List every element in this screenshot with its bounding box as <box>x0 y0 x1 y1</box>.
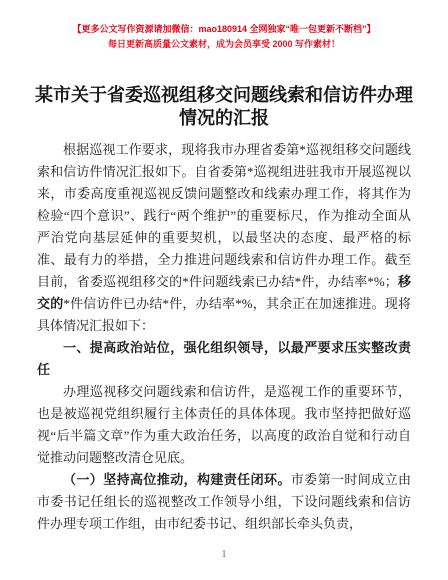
document-page: 【更多公文写作资源请加微信：mao180914 全网独家“唯一包更新不断档”】 … <box>0 0 448 580</box>
section-heading: 一、提高政治站位，强化组织领导，以最严要求压实整改责任 <box>37 337 411 381</box>
header-notice: 【更多公文写作资源请加微信：mao180914 全网独家“唯一包更新不断档”】 … <box>0 0 448 52</box>
body-paragraph: 根据巡视工作要求，现将我市办理省委第*巡视组移交问题线索和信访件情况汇报如下。自… <box>37 139 411 337</box>
header-notice-line2: 每日更新高质量公文素材，成为会员享受 2000 写作素材！ <box>0 37 448 52</box>
bold-text-segment: （一）坚持高位推动，构建责任闭环。 <box>63 472 291 487</box>
text-segment: 根据巡视工作要求，现将我市办理省委第*巡视组移交问题线索和信访件情况汇报如下。自… <box>37 142 411 289</box>
page-number: 1 <box>0 549 448 560</box>
document-title: 某市关于省委巡视组移交问题线索和信访件办理情况的汇报 <box>28 84 420 130</box>
body-paragraph: （一）坚持高位推动，构建责任闭环。市委第一时间成立由市委书记任组长的巡视整改工作… <box>37 469 411 535</box>
text-segment: 办理巡视移交问题线索和信访件，是巡视工作的重要环节，也是被巡视党组织履行主体责任… <box>37 384 411 465</box>
document-body: 根据巡视工作要求，现将我市办理省委第*巡视组移交问题线索和信访件情况汇报如下。自… <box>37 139 411 535</box>
header-notice-line1: 【更多公文写作资源请加微信：mao180914 全网独家“唯一包更新不断档”】 <box>0 22 448 37</box>
text-segment: *件信访件已办结*件，办结率*%，其余正在加速推进。现将具体情况汇报如下： <box>37 296 411 333</box>
body-paragraph: 办理巡视移交问题线索和信访件，是巡视工作的重要环节，也是被巡视党组织履行主体责任… <box>37 381 411 469</box>
bold-text-segment: 一、提高政治站位，强化组织领导，以最严要求压实整改责任 <box>37 340 411 377</box>
